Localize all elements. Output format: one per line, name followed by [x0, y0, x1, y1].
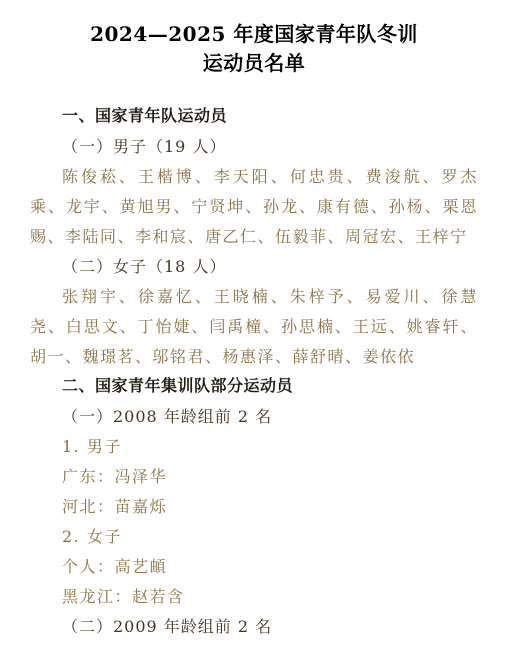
- men-names-list: 陈俊菘、王楷博、李天阳、何忠贵、费浚航、罗杰乘、龙宇、黄旭男、宁贤坤、孙龙、康有…: [30, 162, 478, 252]
- subsection-heading-2009-age-group: （二）2009 年龄组前 2 名: [30, 612, 478, 642]
- women-names-list: 张翔宇、徐嘉忆、王晓楠、朱梓予、易爱川、徐慧尧、白思文、丁怡婕、闫禹橦、孙思楠、…: [30, 282, 478, 372]
- page-title-line2: 运动员名单: [30, 49, 478, 78]
- entry-individual: 个人：高艺頔: [30, 552, 478, 582]
- section-heading-training-squad: 二、国家青年集训队部分运动员: [30, 372, 478, 402]
- page-title: 2024—2025 年度国家青年队冬训 运动员名单: [30, 20, 478, 78]
- entry-heilongjiang: 黑龙江：赵若含: [30, 582, 478, 612]
- label-women-2: 2. 女子: [30, 522, 478, 552]
- label-men-1: 1. 男子: [30, 432, 478, 462]
- entry-hebei: 河北：苗嘉烁: [30, 492, 478, 522]
- subsection-heading-men-19: （一）男子（19 人）: [30, 132, 478, 162]
- subsection-heading-women-18: （二）女子（18 人）: [30, 252, 478, 282]
- entry-guangdong: 广东：冯泽华: [30, 462, 478, 492]
- section-heading-national-youth-team: 一、国家青年队运动员: [30, 102, 478, 132]
- subsection-heading-2008-age-group: （一）2008 年龄组前 2 名: [30, 402, 478, 432]
- document-page: 2024—2025 年度国家青年队冬训 运动员名单 一、国家青年队运动员 （一）…: [0, 0, 508, 645]
- page-title-line1: 2024—2025 年度国家青年队冬训: [30, 20, 478, 49]
